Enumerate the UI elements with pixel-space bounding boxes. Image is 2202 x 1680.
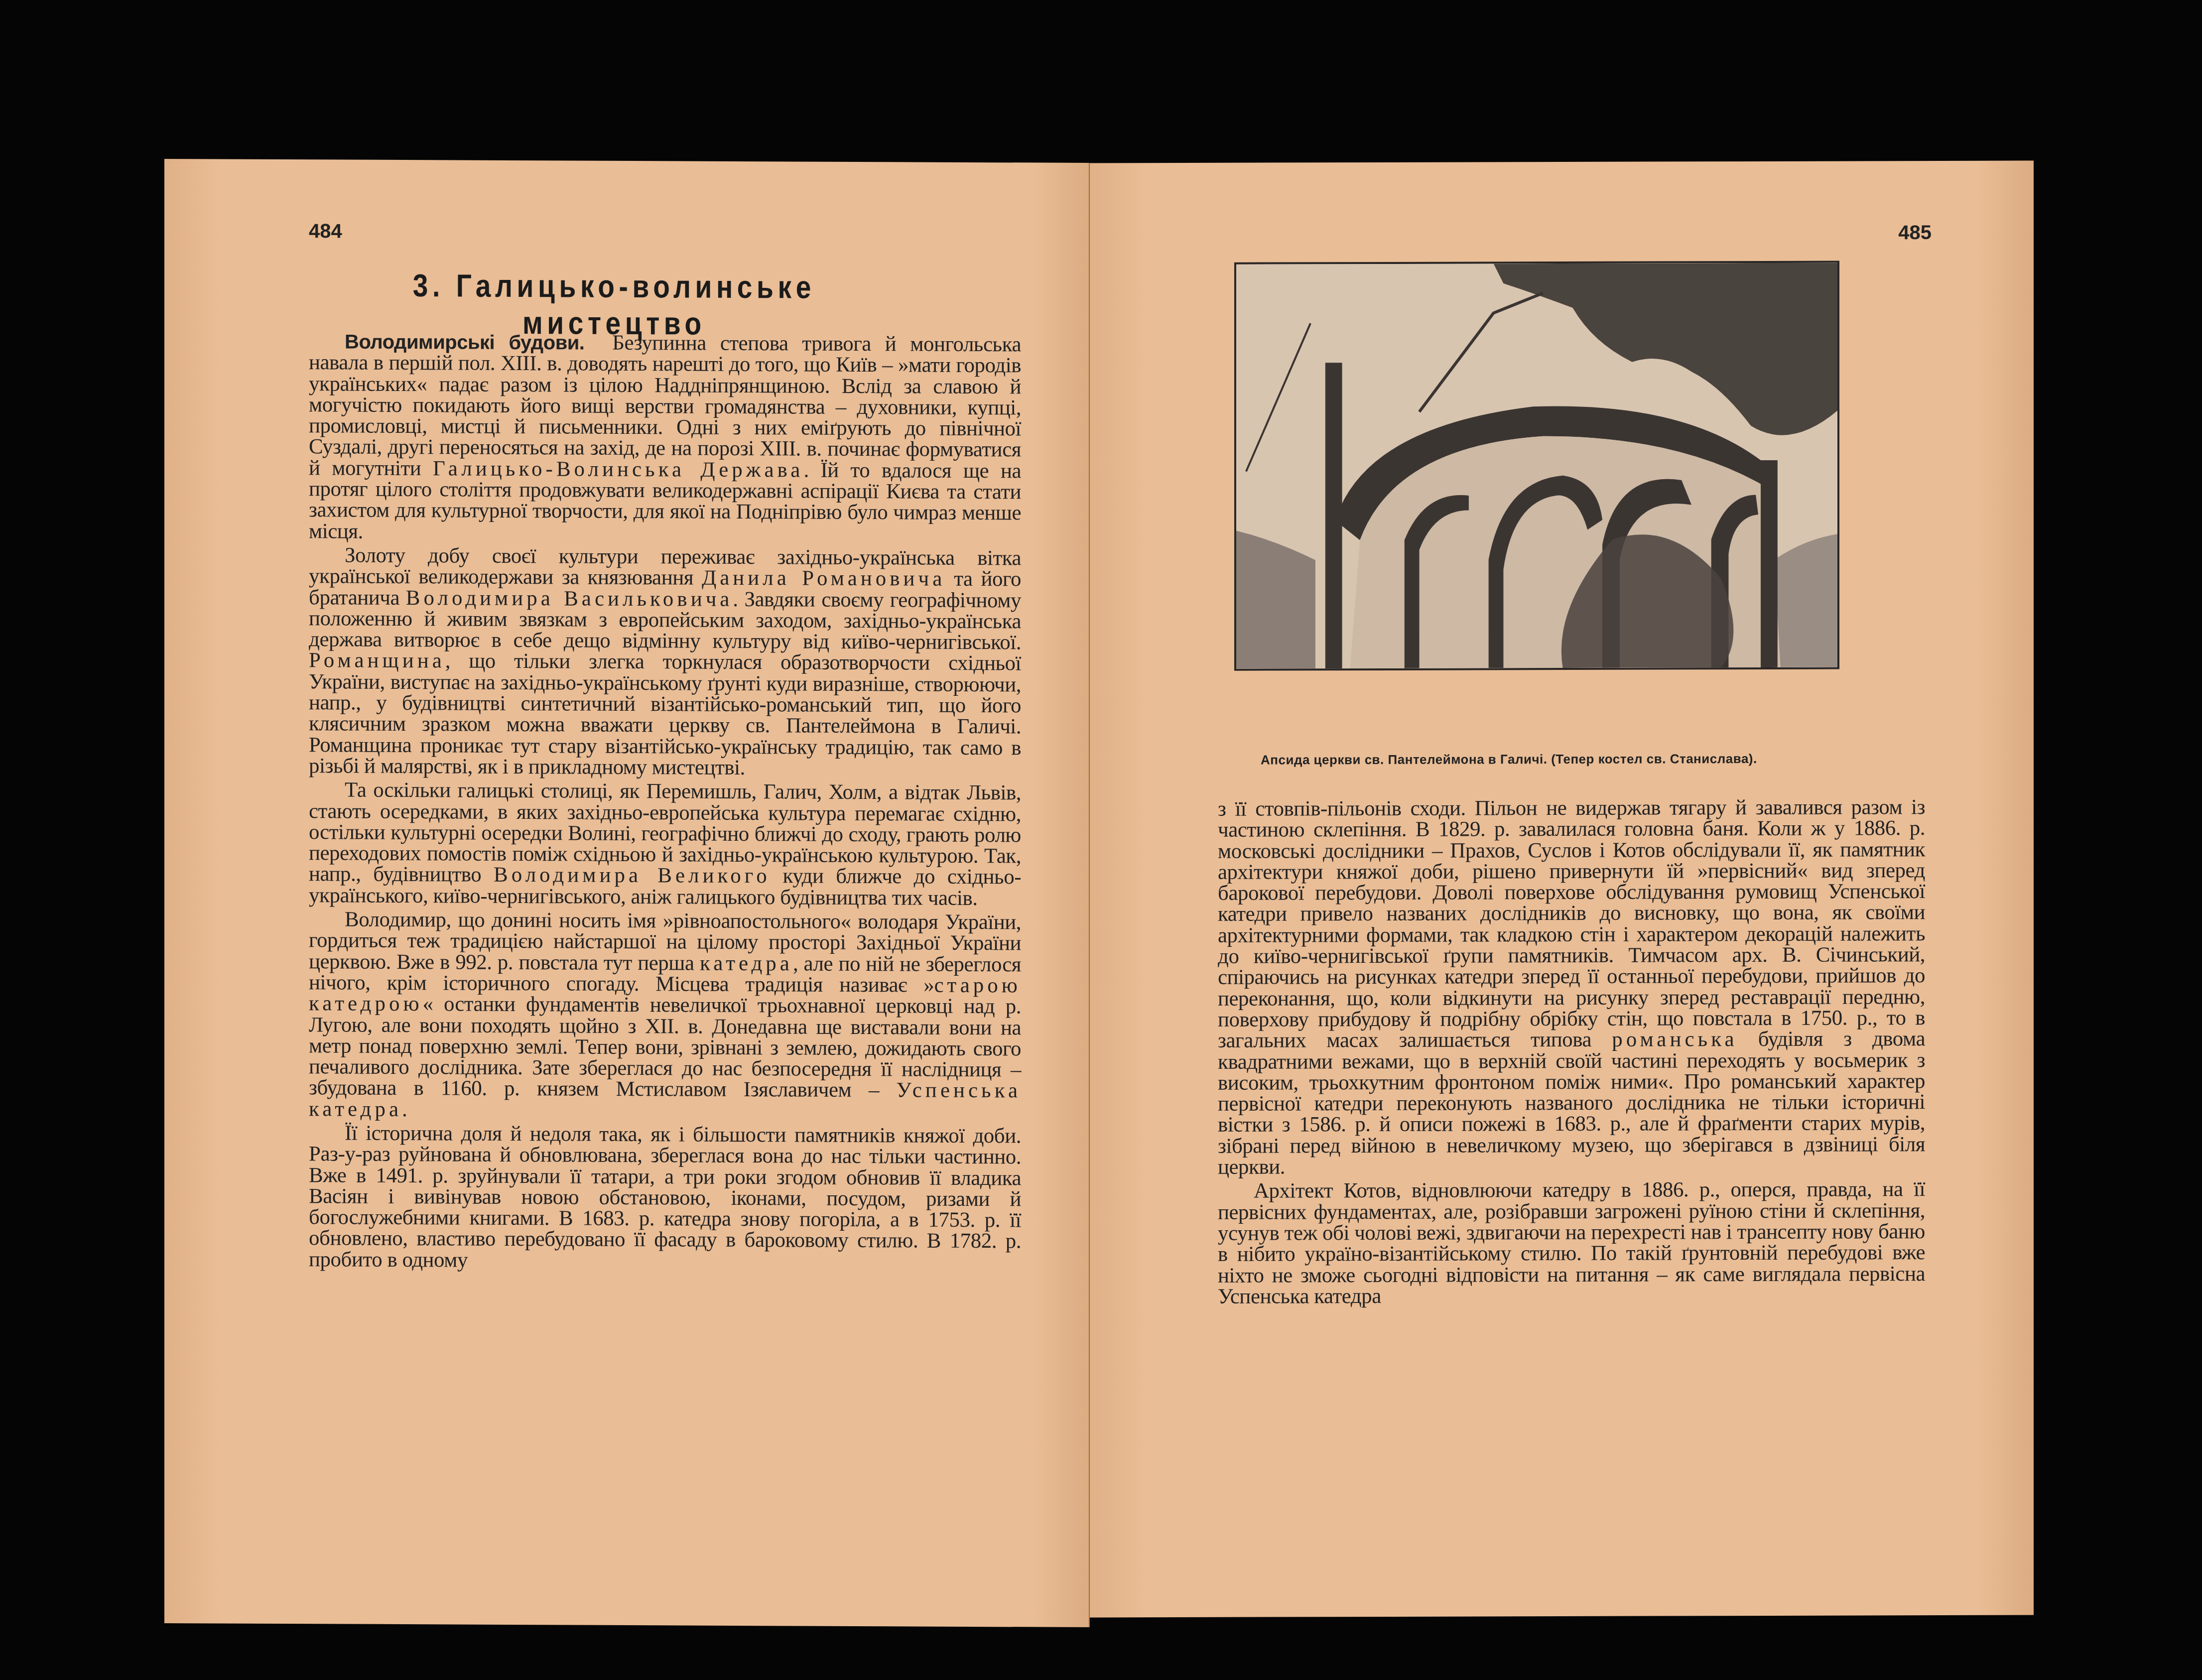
- page-number: 484: [309, 220, 342, 243]
- emphasis: катедра: [700, 951, 793, 975]
- figure-caption: Апсида церкви св. Пантелеймона в Галичі.…: [1261, 751, 1809, 768]
- paragraph: Та оскільки галицькі столиці, як Перемиш…: [309, 779, 1021, 909]
- paragraph: Володимир, що донині носить імя »рівноап…: [309, 909, 1021, 1123]
- church-apse-photo: [1234, 261, 1839, 671]
- right-page: 485 Апсида церкви св. Пантел: [1090, 161, 2034, 1618]
- apse-image-icon: [1236, 263, 1837, 669]
- paragraph: Її історична доля й недоля така, як і бі…: [309, 1123, 1021, 1273]
- right-page-body: з її стовпів-пільонів сходи. Пільон не в…: [1218, 797, 1925, 1310]
- emphasis: романська: [1612, 1028, 1737, 1051]
- paragraph: Володимирські будови. Безупинна степова …: [309, 331, 1021, 545]
- page-number: 485: [1898, 222, 1932, 244]
- paragraph: з її стовпів-пільонів сходи. Пільон не в…: [1218, 797, 1925, 1178]
- emphasis: Романщина: [309, 649, 445, 673]
- paragraph: Золоту добу своєї культури переживає зах…: [309, 545, 1021, 780]
- section-lead: Володимирські будови.: [345, 331, 584, 354]
- paragraph: Архітект Котов, відновлюючи катедру в 18…: [1218, 1179, 1925, 1307]
- left-page-body: Володимирські будови. Безупинна степова …: [309, 331, 1021, 1276]
- left-page: 484 3. Галицько-волинське мистецтво Воло…: [164, 159, 1090, 1627]
